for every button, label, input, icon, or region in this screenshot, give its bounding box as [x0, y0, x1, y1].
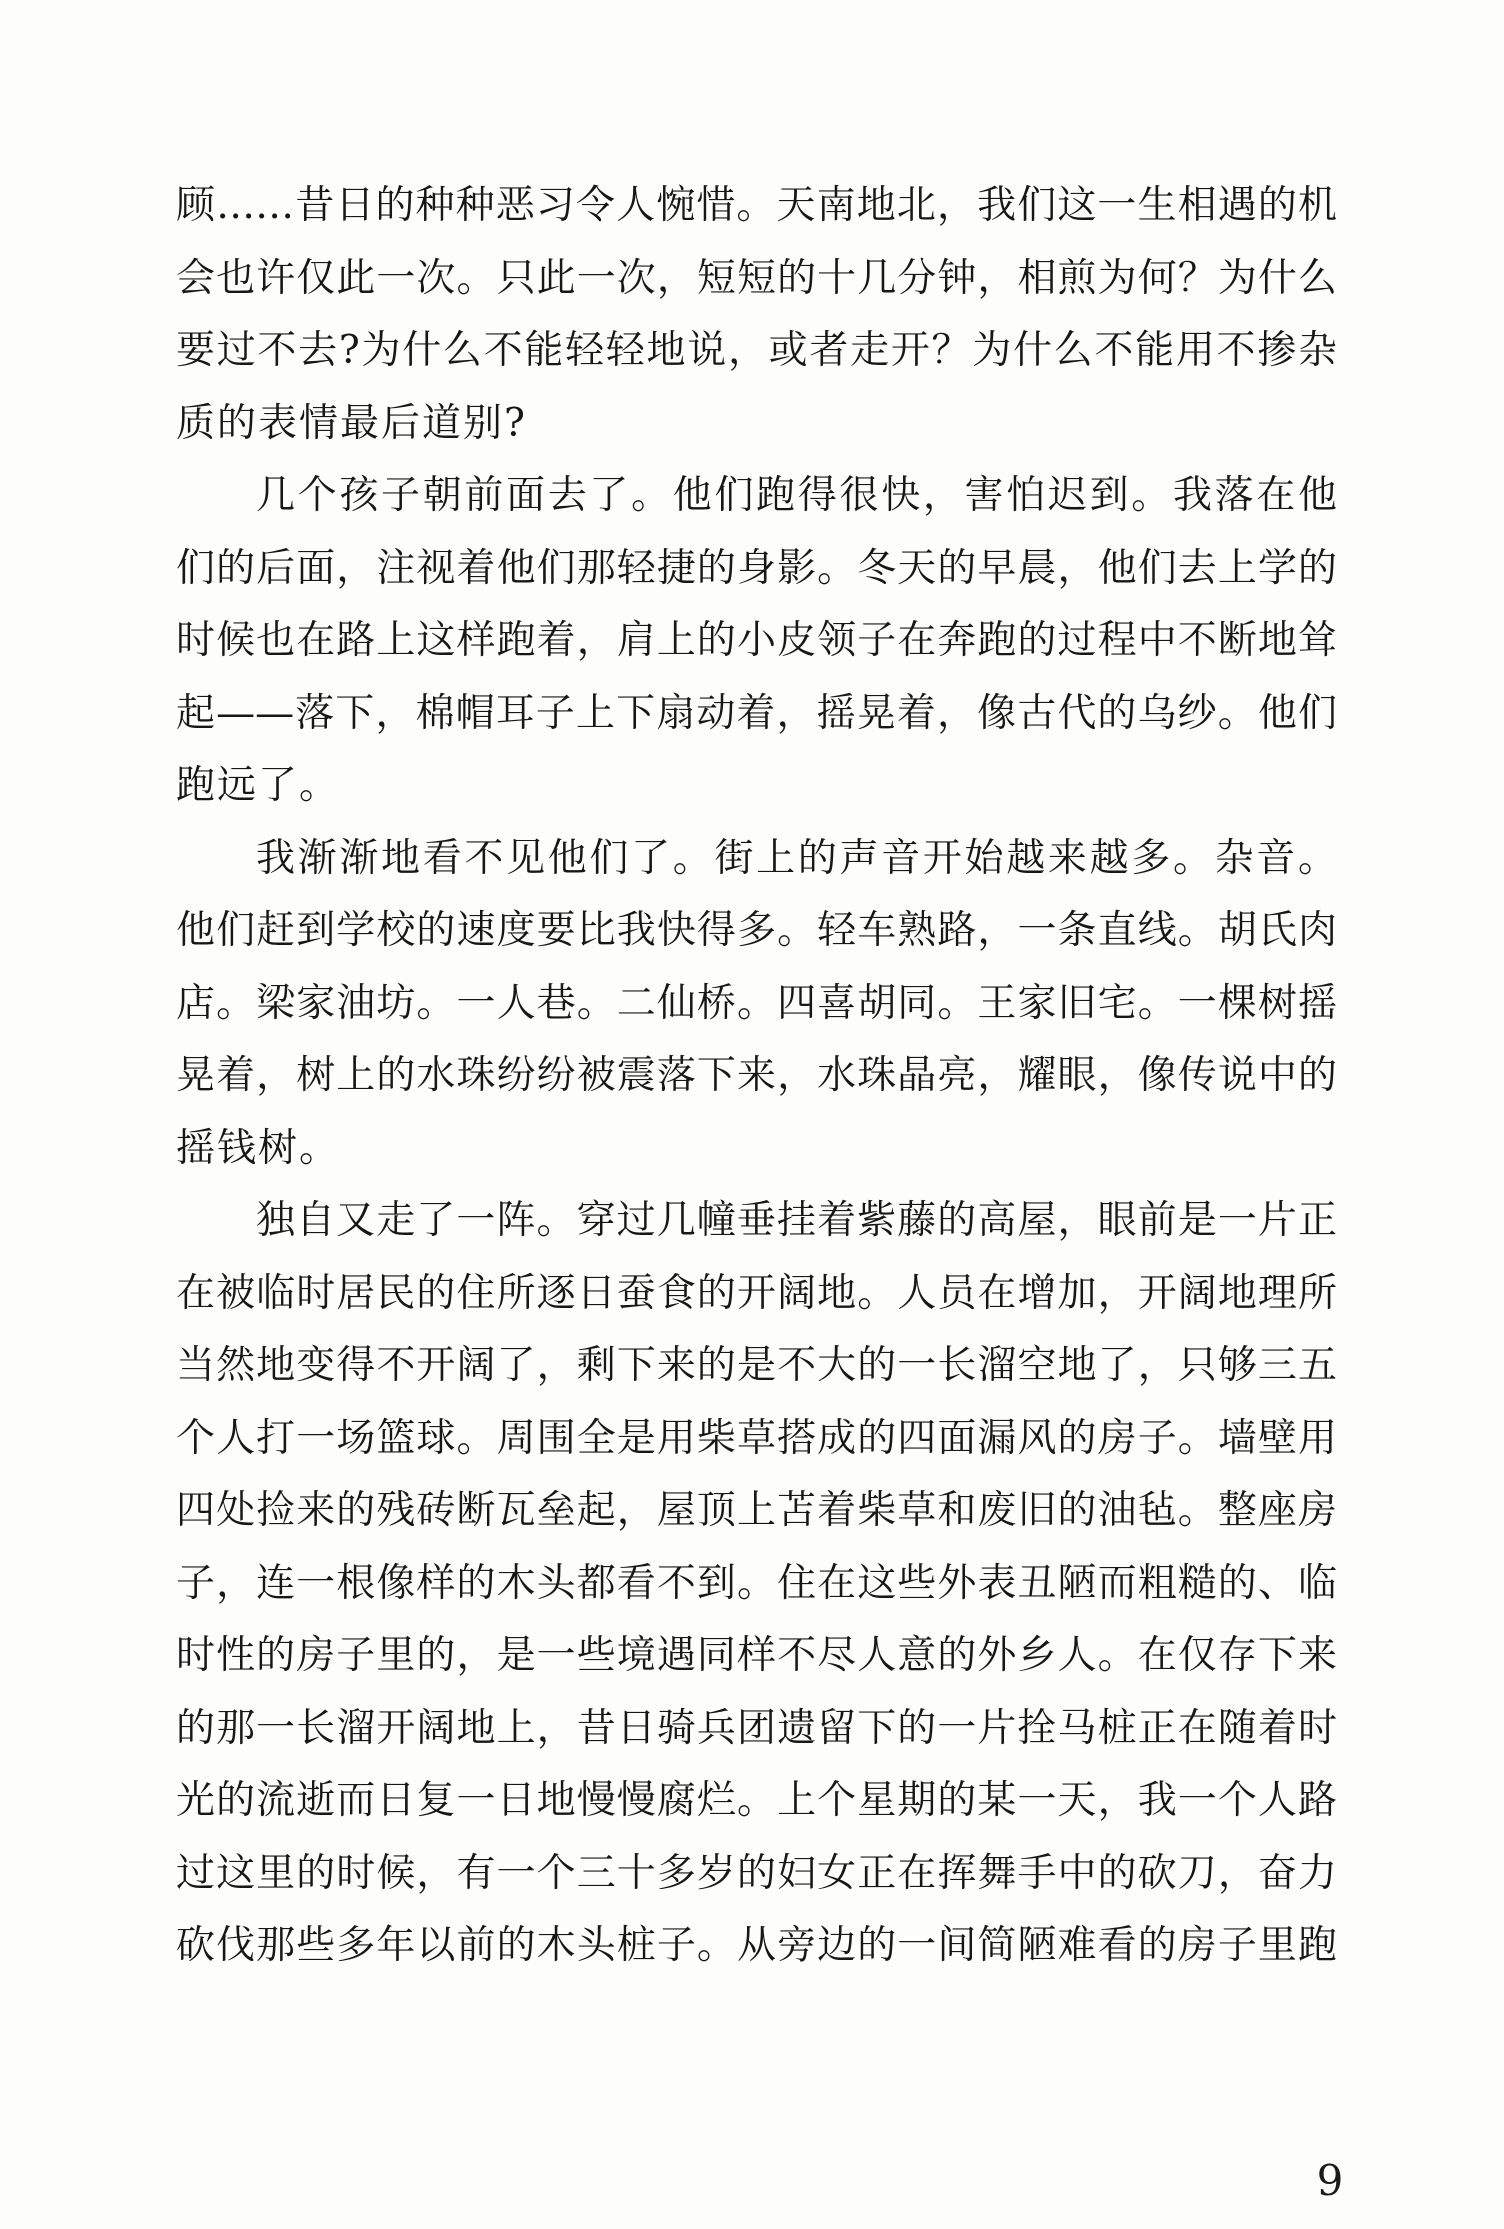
body-text: 顾……昔日的种种恶习令人惋惜。天南地北，我们这一生相遇的机会也许仅此一次。只此一… — [176, 170, 1337, 1983]
text-line: 顾……昔日的种种恶习令人惋惜。天南地北，我们这一生相遇的机 — [176, 170, 1337, 243]
text-line: 我渐渐地看不见他们了。街上的声音开始越来越多。杂音。 — [176, 823, 1337, 896]
page-number: 9 — [1300, 2156, 1360, 2206]
text-line: 子，连一根像样的木头都看不到。住在这些外表丑陋而粗糙的、临 — [176, 1548, 1337, 1621]
text-line: 砍伐那些多年以前的木头桩子。从旁边的一间简陋难看的房子里跑 — [176, 1910, 1337, 1983]
text-line: 店。梁家油坊。一人巷。二仙桥。四喜胡同。王家旧宅。一棵树摇 — [176, 968, 1337, 1041]
text-line: 在被临时居民的住所逐日蚕食的开阔地。人员在增加，开阔地理所 — [176, 1258, 1337, 1331]
text-line: 他们赶到学校的速度要比我快得多。轻车熟路，一条直线。胡氏肉 — [176, 895, 1337, 968]
book-page: 顾……昔日的种种恶习令人惋惜。天南地北，我们这一生相遇的机会也许仅此一次。只此一… — [0, 0, 1504, 2229]
text-line: 独自又走了一阵。穿过几幢垂挂着紫藤的高屋，眼前是一片正 — [176, 1185, 1337, 1258]
text-line: 的那一长溜开阔地上，昔日骑兵团遗留下的一片拴马桩正在随着时 — [176, 1693, 1337, 1766]
text-line: 时候也在路上这样跑着，肩上的小皮领子在奔跑的过程中不断地耸 — [176, 605, 1337, 678]
text-line: 会也许仅此一次。只此一次，短短的十几分钟，相煎为何？为什么 — [176, 243, 1337, 316]
text-line: 时性的房子里的，是一些境遇同样不尽人意的外乡人。在仅存下来 — [176, 1620, 1337, 1693]
text-line: 当然地变得不开阔了，剩下来的是不大的一长溜空地了，只够三五 — [176, 1330, 1337, 1403]
text-line: 过这里的时候，有一个三十多岁的妇女正在挥舞手中的砍刀，奋力 — [176, 1838, 1337, 1911]
text-line: 们的后面，注视着他们那轻捷的身影。冬天的早晨，他们去上学的 — [176, 533, 1337, 606]
text-line: 要过不去?为什么不能轻轻地说，或者走开？为什么不能用不掺杂 — [176, 315, 1337, 388]
text-line: 四处捡来的残砖断瓦垒起，屋顶上苫着柴草和废旧的油毡。整座房 — [176, 1475, 1337, 1548]
text-line: 质的表情最后道别? — [176, 388, 1337, 461]
text-line: 几个孩子朝前面去了。他们跑得很快，害怕迟到。我落在他 — [176, 460, 1337, 533]
text-line: 光的流逝而日复一日地慢慢腐烂。上个星期的某一天，我一个人路 — [176, 1765, 1337, 1838]
text-line: 晃着，树上的水珠纷纷被震落下来，水珠晶亮，耀眼，像传说中的 — [176, 1040, 1337, 1113]
text-line: 摇钱树。 — [176, 1113, 1337, 1186]
text-line: 跑远了。 — [176, 750, 1337, 823]
text-line: 个人打一场篮球。周围全是用柴草搭成的四面漏风的房子。墙壁用 — [176, 1403, 1337, 1476]
text-line: 起——落下，棉帽耳子上下扇动着，摇晃着，像古代的乌纱。他们 — [176, 678, 1337, 751]
